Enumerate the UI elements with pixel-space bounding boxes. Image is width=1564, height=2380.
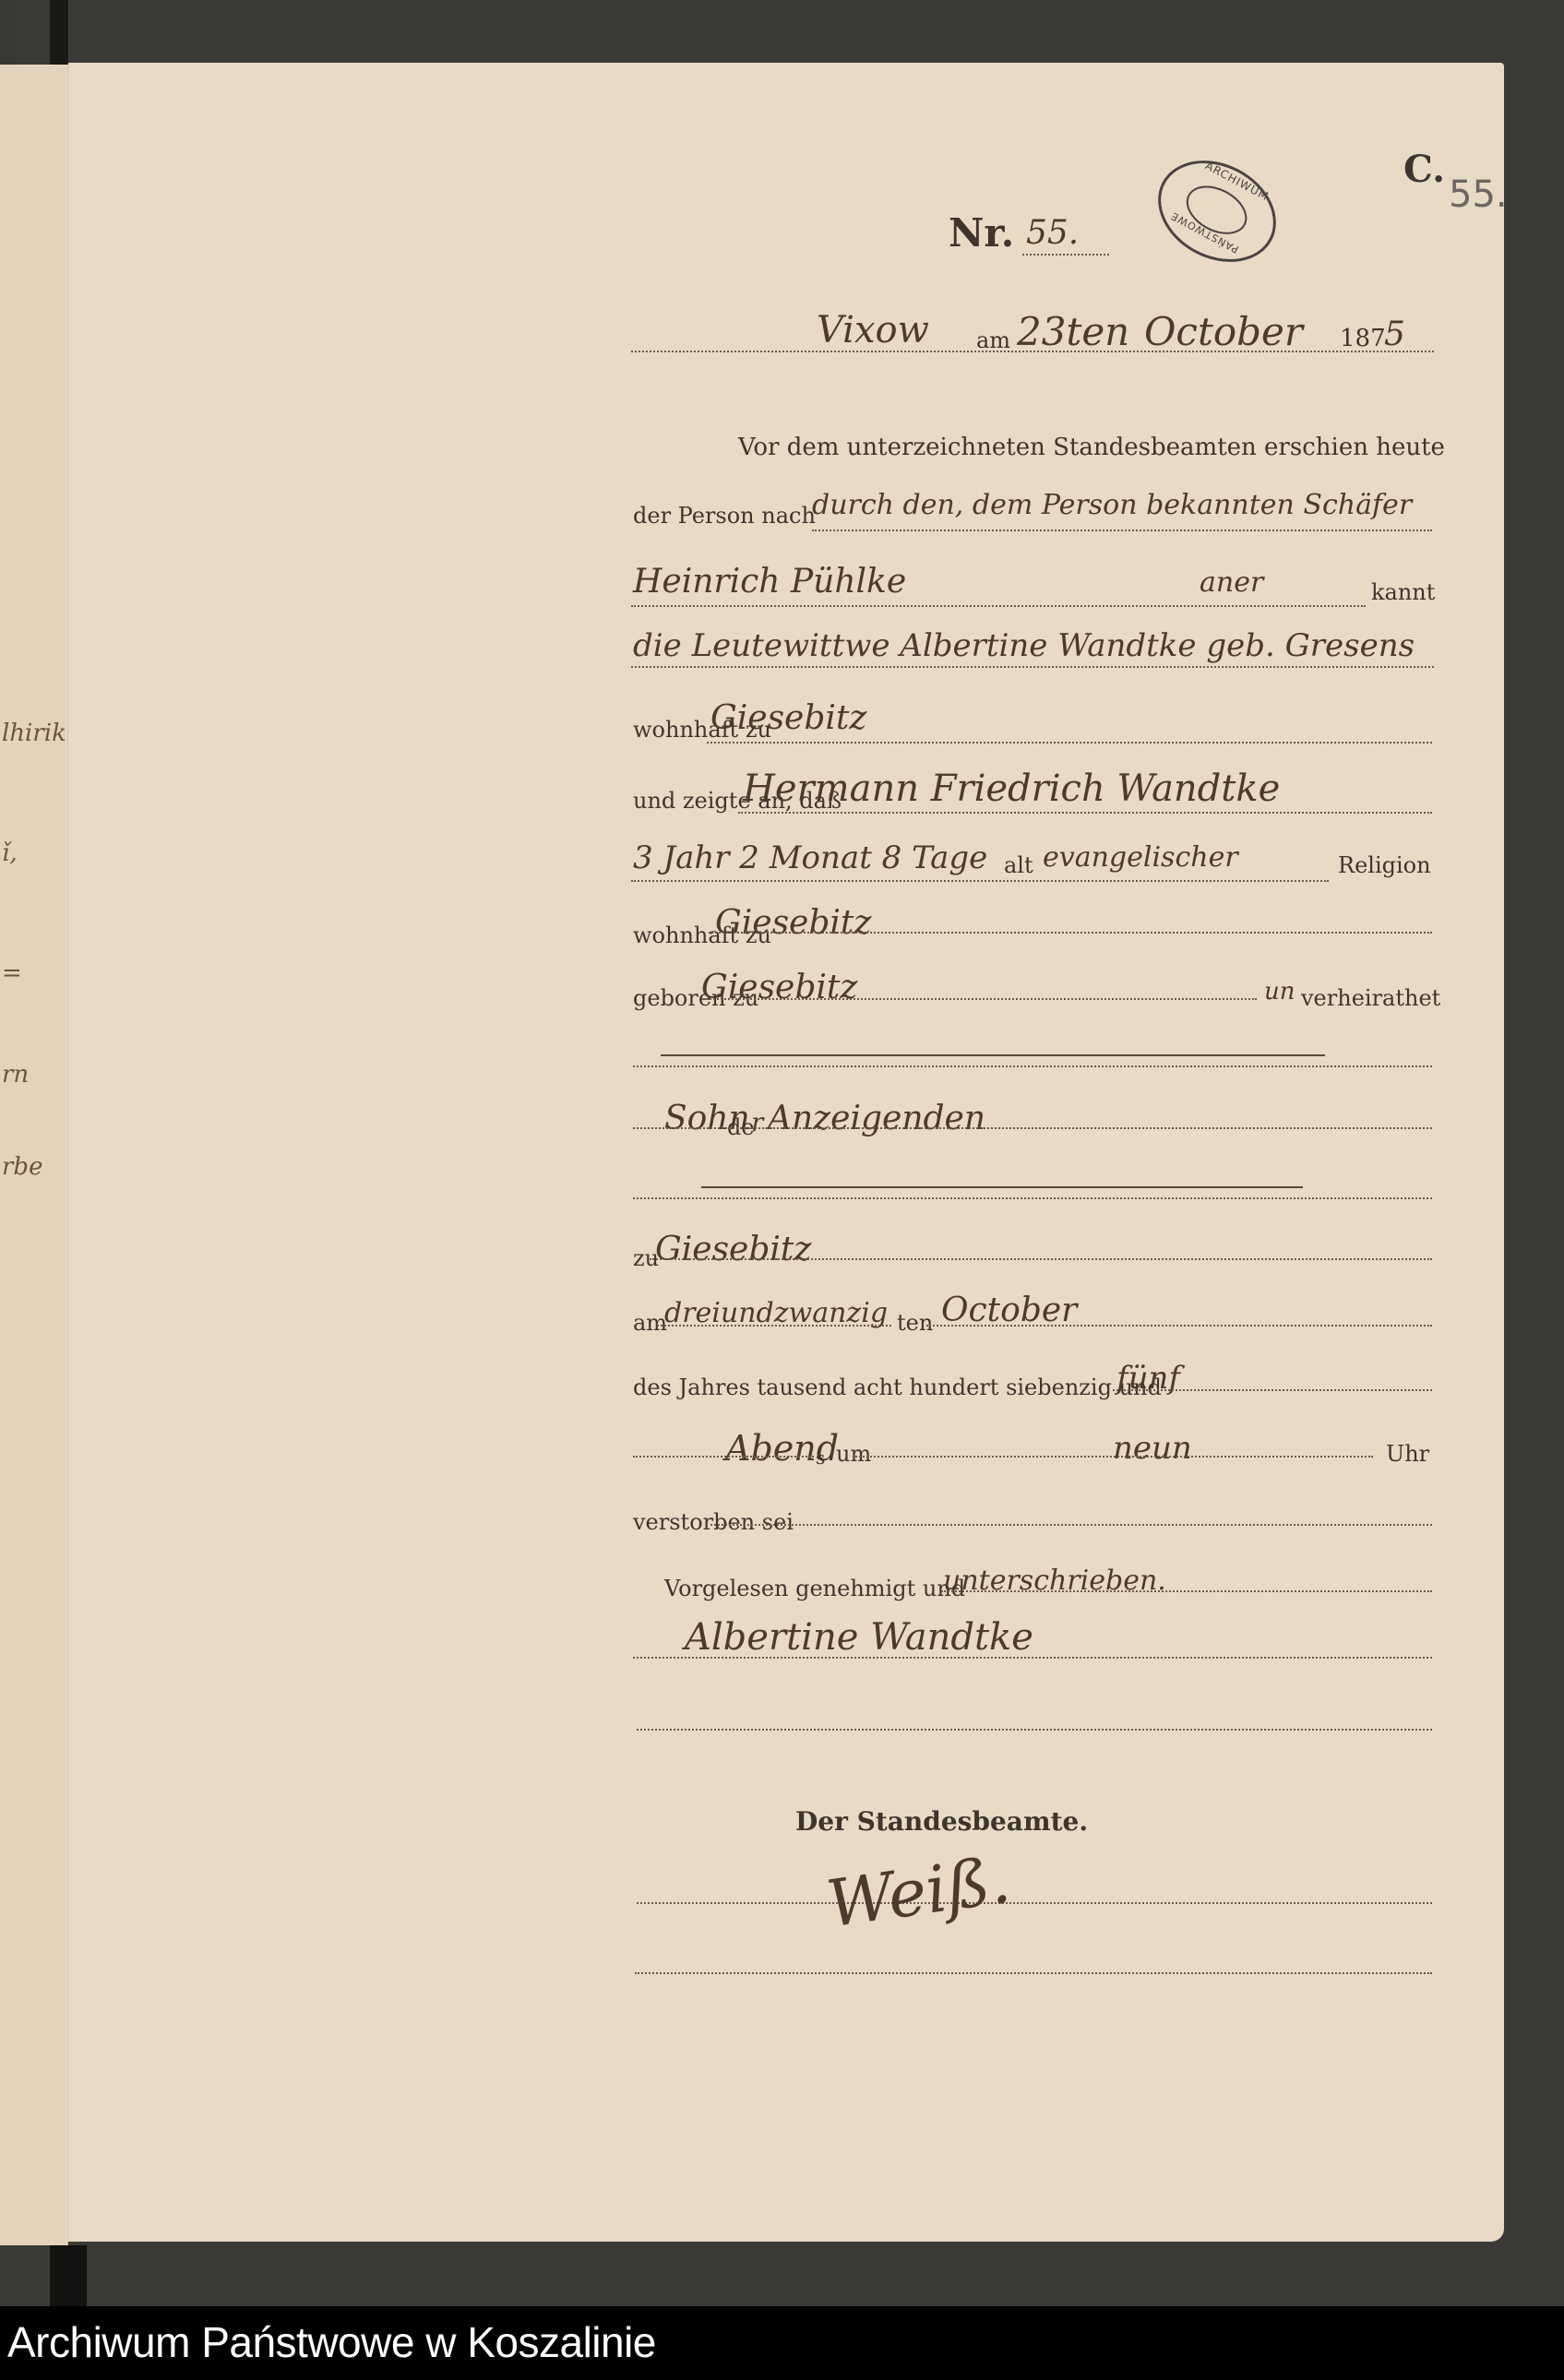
marital-label: verheirathet (1301, 985, 1440, 1011)
um-label: um (836, 1441, 871, 1467)
dotted-line (631, 880, 1329, 882)
left-page-fragment: rbe (2, 1153, 42, 1181)
page-number: 55. (1449, 173, 1508, 216)
record-number-value: 55. (1026, 214, 1079, 252)
dotted-line (633, 1456, 814, 1458)
daypart-suffix: s (816, 1446, 825, 1469)
dotted-line (707, 742, 1432, 744)
dotted-line (631, 351, 1434, 352)
identity-label: der Person nach (633, 503, 816, 529)
date-day-value: 23ten (1017, 309, 1129, 354)
dotted-line (637, 1729, 1432, 1731)
document-page (68, 63, 1504, 2242)
dotted-line (1113, 1389, 1432, 1391)
year-suffix-value: 5 (1384, 315, 1405, 353)
relation-r-value: r (751, 1107, 763, 1137)
died-label: verstorben sei (633, 1509, 794, 1535)
place-value: Vixow (817, 309, 929, 351)
death-place-value: Giesebitz (655, 1231, 811, 1268)
intro-text: Vor dem unterzeichneten Standesbeamten e… (738, 434, 1445, 461)
official-title: Der Standesbeamte. (795, 1806, 1088, 1837)
kannt-label: kannt (1371, 579, 1435, 605)
age-value: 3 Jahr 2 Monat 8 Tage (633, 839, 987, 876)
year-prefix: 187 (1340, 325, 1386, 352)
am-label: am (976, 327, 1010, 353)
dotted-line (633, 1127, 1432, 1129)
left-page-edge: lhirik ǐ, = rn rbe (0, 65, 66, 2245)
spine-gap-bottom (50, 2245, 87, 2306)
uhr-label: Uhr (1386, 1441, 1429, 1467)
spine-gap-top (50, 0, 68, 65)
dotted-line (738, 812, 1432, 814)
archive-footer: Archiwum Państwowe w Koszalinie (0, 2306, 1564, 2380)
binding-edge (0, 0, 17, 65)
death-year-label: des Jahres tausend acht hundert siebenzi… (633, 1374, 1162, 1400)
relation-informant-value: Anzeigenden (768, 1100, 985, 1137)
dotted-line (703, 998, 1257, 1000)
alt-label: alt (1004, 852, 1033, 878)
informant-value: Heinrich Pühlke (633, 563, 906, 601)
religion-value: evangelischer (1043, 841, 1238, 874)
dotted-line (926, 1325, 1432, 1327)
deceased-name-value: Hermann Friedrich Wandtke (743, 768, 1280, 810)
strike-rule (661, 1054, 1325, 1056)
dotted-line (637, 1902, 1432, 1904)
dotted-line (853, 1456, 1373, 1458)
approval-label: Vorgelesen genehmigt und (664, 1576, 965, 1601)
dotted-line (709, 932, 1432, 934)
left-page-fragment: rn (2, 1061, 29, 1089)
dotted-line (710, 1524, 1432, 1526)
dotted-line (633, 1065, 1432, 1067)
dotted-line (631, 666, 1434, 668)
death-month-value: October (941, 1291, 1077, 1329)
death-date-ten-label: ten (897, 1310, 933, 1336)
dotted-line (633, 1197, 1432, 1199)
record-number-label: Nr. (949, 210, 1014, 256)
residence-value: Giesebitz (715, 904, 871, 942)
informant-signature: Albertine Wandtke (685, 1616, 1033, 1659)
archive-name: Archiwum Państwowe w Koszalinie (7, 2317, 656, 2367)
marital-prefix-value: un (1264, 978, 1295, 1006)
acquaintance-value: aner (1200, 566, 1263, 599)
residence-value: Giesebitz (710, 699, 866, 737)
dotted-line (1022, 254, 1109, 256)
hour-value: neun (1113, 1430, 1192, 1467)
left-page-fragment: ǐ, (2, 839, 18, 867)
birthplace-value: Giesebitz (701, 969, 857, 1006)
left-page-fragment: lhirik (2, 720, 66, 747)
death-year-value: fünf (1116, 1360, 1180, 1397)
identity-value: durch den, dem Person bekannten Schäfer (812, 489, 1412, 521)
death-date-am-label: am (633, 1310, 667, 1336)
date-month-value: October (1144, 309, 1303, 354)
religion-label: Religion (1338, 852, 1431, 878)
register-letter: C. (1403, 148, 1445, 191)
dotted-line (657, 1325, 891, 1327)
dotted-line (650, 1258, 1432, 1260)
dotted-line (631, 605, 1366, 607)
dotted-line (635, 1972, 1432, 1974)
dotted-line (812, 530, 1432, 531)
strike-rule (701, 1186, 1303, 1188)
dotted-line (941, 1590, 1432, 1592)
left-page-fragment: = (2, 959, 22, 987)
dotted-line (633, 1657, 1432, 1659)
informant-name-value: die Leutewittwe Albertine Wandtke geb. G… (633, 627, 1415, 664)
